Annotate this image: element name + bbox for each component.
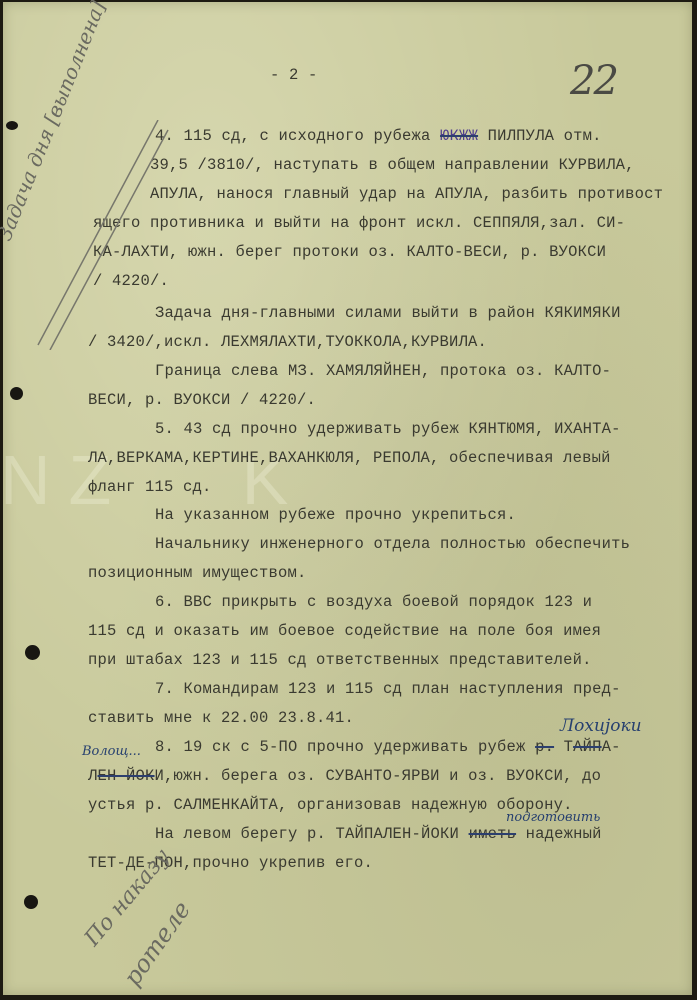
text-line: ЛА,ВЕРКАМА,КЕРТИНЕ,ВАХАНКЮЛЯ, РЕПОЛА, об… — [88, 449, 611, 467]
correction-above-word: подготовить — [506, 810, 600, 825]
text-line: ТЕТ-ДЕ-ПОН,прочно укрепив его. — [88, 854, 373, 872]
typed-text: ТЕТ-ДЕ-ПОН,прочно укрепив его. — [88, 854, 373, 872]
text-line: 4. 115 сд, с исходного рубежа ЮКЖЖ ПИЛПУ… — [155, 127, 602, 145]
text-line: 8. 19 ск с 5-ПО прочно удерживать рубеж … — [155, 738, 621, 756]
typed-text: А- — [602, 738, 621, 756]
struck-text: АЙП — [573, 738, 602, 756]
typed-text: 7. Командирам 123 и 115 сд план наступле… — [155, 680, 621, 698]
text-line: ЛЕН-ЙОКИ,южн. берега оз. СУВАНТО-ЯРВИ и … — [88, 767, 601, 785]
typed-text: надежный — [516, 825, 602, 843]
typed-text: 5. 43 сд прочно удерживать рубеж КЯНТЮМЯ… — [155, 420, 621, 438]
folio-number: 22 — [570, 58, 617, 104]
typed-text: ПИЛПУЛА отм. — [478, 127, 602, 145]
text-line: АПУЛА, нанося главный удар на АПУЛА, раз… — [150, 185, 663, 203]
typed-text: ВЕСИ, р. ВУОКСИ / 4220/. — [88, 391, 316, 409]
typed-text: АПУЛА, нанося главный удар на АПУЛА, раз… — [150, 185, 663, 203]
margin-pencil-strokes-icon — [30, 120, 190, 350]
punch-hole — [6, 121, 18, 130]
typed-text: 8. 19 ск с 5-ПО прочно удерживать рубеж — [155, 738, 535, 756]
typed-text: Граница слева МЗ. ХАМЯЛЯЙНЕН, протока оз… — [155, 362, 611, 380]
typed-text: Начальнику инженерного отдела полностью … — [155, 535, 630, 553]
text-line: На указанном рубеже прочно укрепиться. — [155, 506, 516, 524]
page-number-label: - 2 - — [270, 66, 318, 84]
typed-text: И,южн. берега оз. СУВАНТО-ЯРВИ и оз. ВУО… — [155, 767, 602, 785]
text-line: 39,5 /3810/, наступать в общем направлен… — [150, 156, 635, 174]
typed-text: 6. ВВС прикрыть с воздуха боевой порядок… — [155, 593, 592, 611]
text-line: 6. ВВС прикрыть с воздуха боевой порядок… — [155, 593, 592, 611]
typed-text: Л — [88, 767, 98, 785]
redacted-text: ЮКЖЖ — [440, 127, 478, 145]
text-line: Начальнику инженерного отдела полностью … — [155, 535, 630, 553]
text-line: Граница слева МЗ. ХАМЯЛЯЙНЕН, протока оз… — [155, 362, 611, 380]
typed-text: устья р. САЛМЕНКАЙТА, организовав надежн… — [88, 796, 573, 814]
struck-text: ЕН-ЙОК — [98, 767, 155, 785]
punch-hole — [10, 387, 23, 400]
typed-text: 115 сд и оказать им боевое содействие на… — [88, 622, 601, 640]
text-line: ВЕСИ, р. ВУОКСИ / 4220/. — [88, 391, 316, 409]
text-line: Задача дня-главными силами выйти в район… — [155, 304, 621, 322]
typed-text: ЛА,ВЕРКАМА,КЕРТИНЕ,ВАХАНКЮЛЯ, РЕПОЛА, об… — [88, 449, 611, 467]
struck-text: р. — [535, 738, 554, 756]
text-line: позиционным имуществом. — [88, 564, 307, 582]
correction-above-line-right: Лохиjоки — [560, 716, 642, 736]
typed-text: 39,5 /3810/, наступать в общем направлен… — [150, 156, 635, 174]
typed-text: при штабах 123 и 115 сд ответственных пр… — [88, 651, 592, 669]
text-line: фланг 115 сд. — [88, 478, 212, 496]
typed-text: Т — [554, 738, 573, 756]
punch-hole — [25, 645, 40, 660]
typed-text: На указанном рубеже прочно укрепиться. — [155, 506, 516, 524]
text-line: ставить мне к 22.00 23.8.41. — [88, 709, 354, 727]
text-line: 5. 43 сд прочно удерживать рубеж КЯНТЮМЯ… — [155, 420, 621, 438]
text-line: устья р. САЛМЕНКАЙТА, организовав надежн… — [88, 796, 573, 814]
typed-text: позиционным имуществом. — [88, 564, 307, 582]
typed-text: ставить мне к 22.00 23.8.41. — [88, 709, 354, 727]
text-line: На левом берегу р. ТАЙПАЛЕН-ЙОКИ иметь н… — [155, 825, 602, 843]
typed-text: Задача дня-главными силами выйти в район… — [155, 304, 621, 322]
text-line: 115 сд и оказать им боевое содействие на… — [88, 622, 601, 640]
typed-text: На левом берегу р. ТАЙПАЛЕН-ЙОКИ — [155, 825, 469, 843]
text-line: 7. Командирам 123 и 115 сд план наступле… — [155, 680, 621, 698]
text-line: при штабах 123 и 115 сд ответственных пр… — [88, 651, 592, 669]
typed-text: фланг 115 сд. — [88, 478, 212, 496]
struck-text: иметь — [469, 825, 517, 843]
punch-hole — [24, 895, 38, 909]
typed-text: 4. 115 сд, с исходного рубежа — [155, 127, 440, 145]
correction-above-line-left: Волощ... — [82, 744, 141, 759]
